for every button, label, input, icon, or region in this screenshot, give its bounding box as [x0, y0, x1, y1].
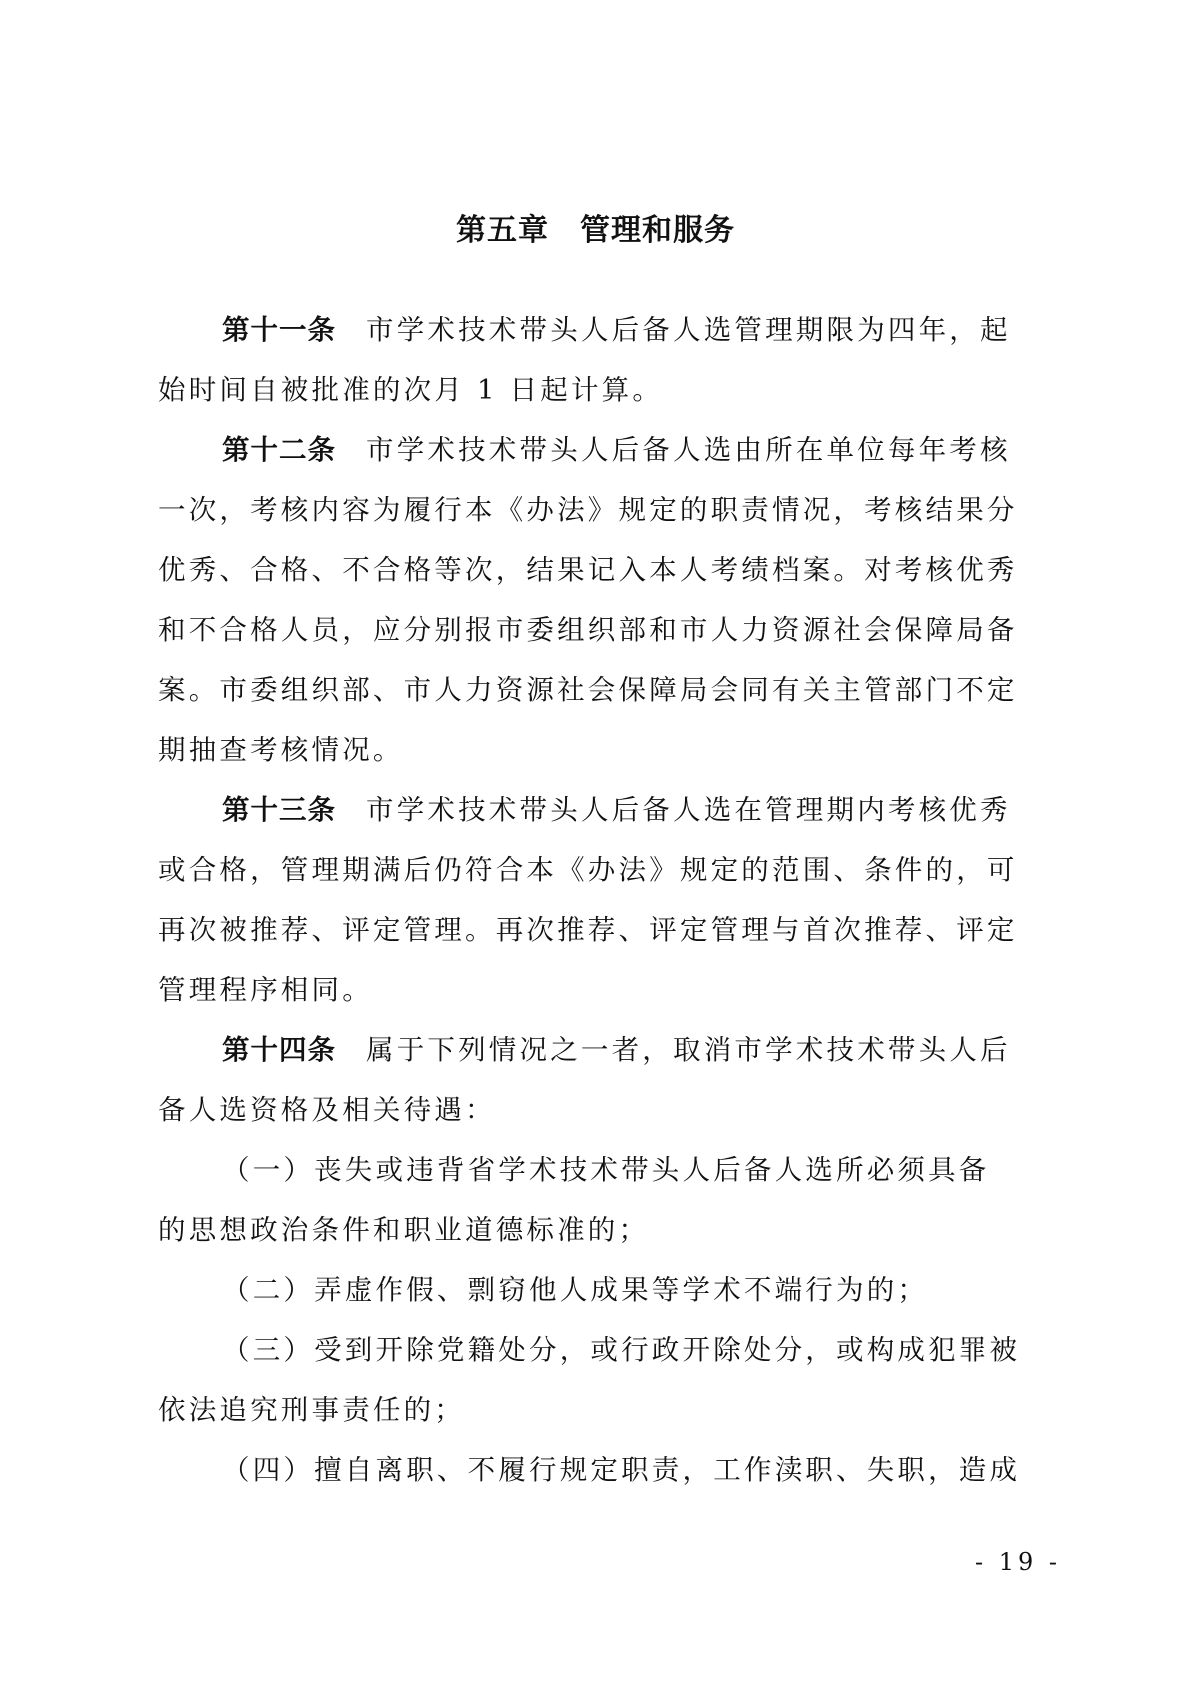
line-text: 再次被推荐、评定管理。再次推荐、评定管理与首次推荐、评定	[158, 914, 1018, 946]
line-text: 市学术技术带头人后备人选由所在单位每年考核	[366, 434, 1011, 466]
line-text: （四）擅自离职、不履行规定职责，工作渎职、失职，造成	[222, 1454, 1020, 1486]
line-text: 期抽查考核情况。	[158, 734, 404, 766]
text-line: （三）受到开除党籍处分，或行政开除处分，或构成犯罪被	[222, 1330, 1102, 1370]
line-text: （三）受到开除党籍处分，或行政开除处分，或构成犯罪被	[222, 1334, 1020, 1366]
line-text: 的思想政治条件和职业道德标准的；	[158, 1214, 649, 1246]
text-line: 第十三条市学术技术带头人后备人选在管理期内考核优秀	[222, 790, 1102, 830]
chapter-title: 第五章 管理和服务	[0, 205, 1191, 249]
text-line: 期抽查考核情况。	[158, 730, 1038, 770]
line-text: 或合格，管理期满后仍符合本《办法》规定的范围、条件的，可	[158, 854, 1018, 886]
line-text: 市学术技术带头人后备人选管理期限为四年，起	[366, 314, 1011, 346]
text-line: 管理程序相同。	[158, 970, 1038, 1010]
text-line: 案。市委组织部、市人力资源社会保障局会同有关主管部门不定	[158, 670, 1038, 710]
text-line: （二）弄虚作假、剽窃他人成果等学术不端行为的；	[222, 1270, 1102, 1310]
text-line: 始时间自被批准的次月 1 日起计算。	[158, 370, 1038, 410]
text-line: 第十四条属于下列情况之一者，取消市学术技术带头人后	[222, 1030, 1102, 1070]
line-text: 和不合格人员，应分别报市委组织部和市人力资源社会保障局备	[158, 614, 1018, 646]
text-line: 依法追究刑事责任的；	[158, 1390, 1038, 1430]
line-text: 始时间自被批准的次月 1 日起计算。	[158, 374, 663, 406]
page-number: - 19 -	[975, 1548, 1061, 1576]
line-text: （二）弄虚作假、剽窃他人成果等学术不端行为的；	[222, 1274, 928, 1306]
text-line: 备人选资格及相关待遇：	[158, 1090, 1038, 1130]
article-heading: 第十二条	[222, 434, 336, 466]
article-heading: 第十一条	[222, 314, 336, 346]
text-line: 一次，考核内容为履行本《办法》规定的职责情况，考核结果分	[158, 490, 1038, 530]
text-line: 的思想政治条件和职业道德标准的；	[158, 1210, 1038, 1250]
text-line: 和不合格人员，应分别报市委组织部和市人力资源社会保障局备	[158, 610, 1038, 650]
line-text: 备人选资格及相关待遇：	[158, 1094, 496, 1126]
line-text: （一）丧失或违背省学术技术带头人后备人选所必须具备	[222, 1154, 990, 1186]
line-text: 市学术技术带头人后备人选在管理期内考核优秀	[366, 794, 1011, 826]
text-line: （四）擅自离职、不履行规定职责，工作渎职、失职，造成	[222, 1450, 1102, 1490]
article-heading: 第十三条	[222, 794, 336, 826]
text-line: 或合格，管理期满后仍符合本《办法》规定的范围、条件的，可	[158, 850, 1038, 890]
text-line: 第十二条市学术技术带头人后备人选由所在单位每年考核	[222, 430, 1102, 470]
line-text: 依法追究刑事责任的；	[158, 1394, 465, 1426]
text-line: 再次被推荐、评定管理。再次推荐、评定管理与首次推荐、评定	[158, 910, 1038, 950]
text-line: 第十一条市学术技术带头人后备人选管理期限为四年，起	[222, 310, 1102, 350]
line-text: 属于下列情况之一者，取消市学术技术带头人后	[366, 1034, 1011, 1066]
line-text: 案。市委组织部、市人力资源社会保障局会同有关主管部门不定	[158, 674, 1018, 706]
line-text: 一次，考核内容为履行本《办法》规定的职责情况，考核结果分	[158, 494, 1018, 526]
text-line: 优秀、合格、不合格等次，结果记入本人考绩档案。对考核优秀	[158, 550, 1038, 590]
line-text: 优秀、合格、不合格等次，结果记入本人考绩档案。对考核优秀	[158, 554, 1018, 586]
article-heading: 第十四条	[222, 1034, 336, 1066]
line-text: 管理程序相同。	[158, 974, 373, 1006]
text-line: （一）丧失或违背省学术技术带头人后备人选所必须具备	[222, 1150, 1102, 1190]
